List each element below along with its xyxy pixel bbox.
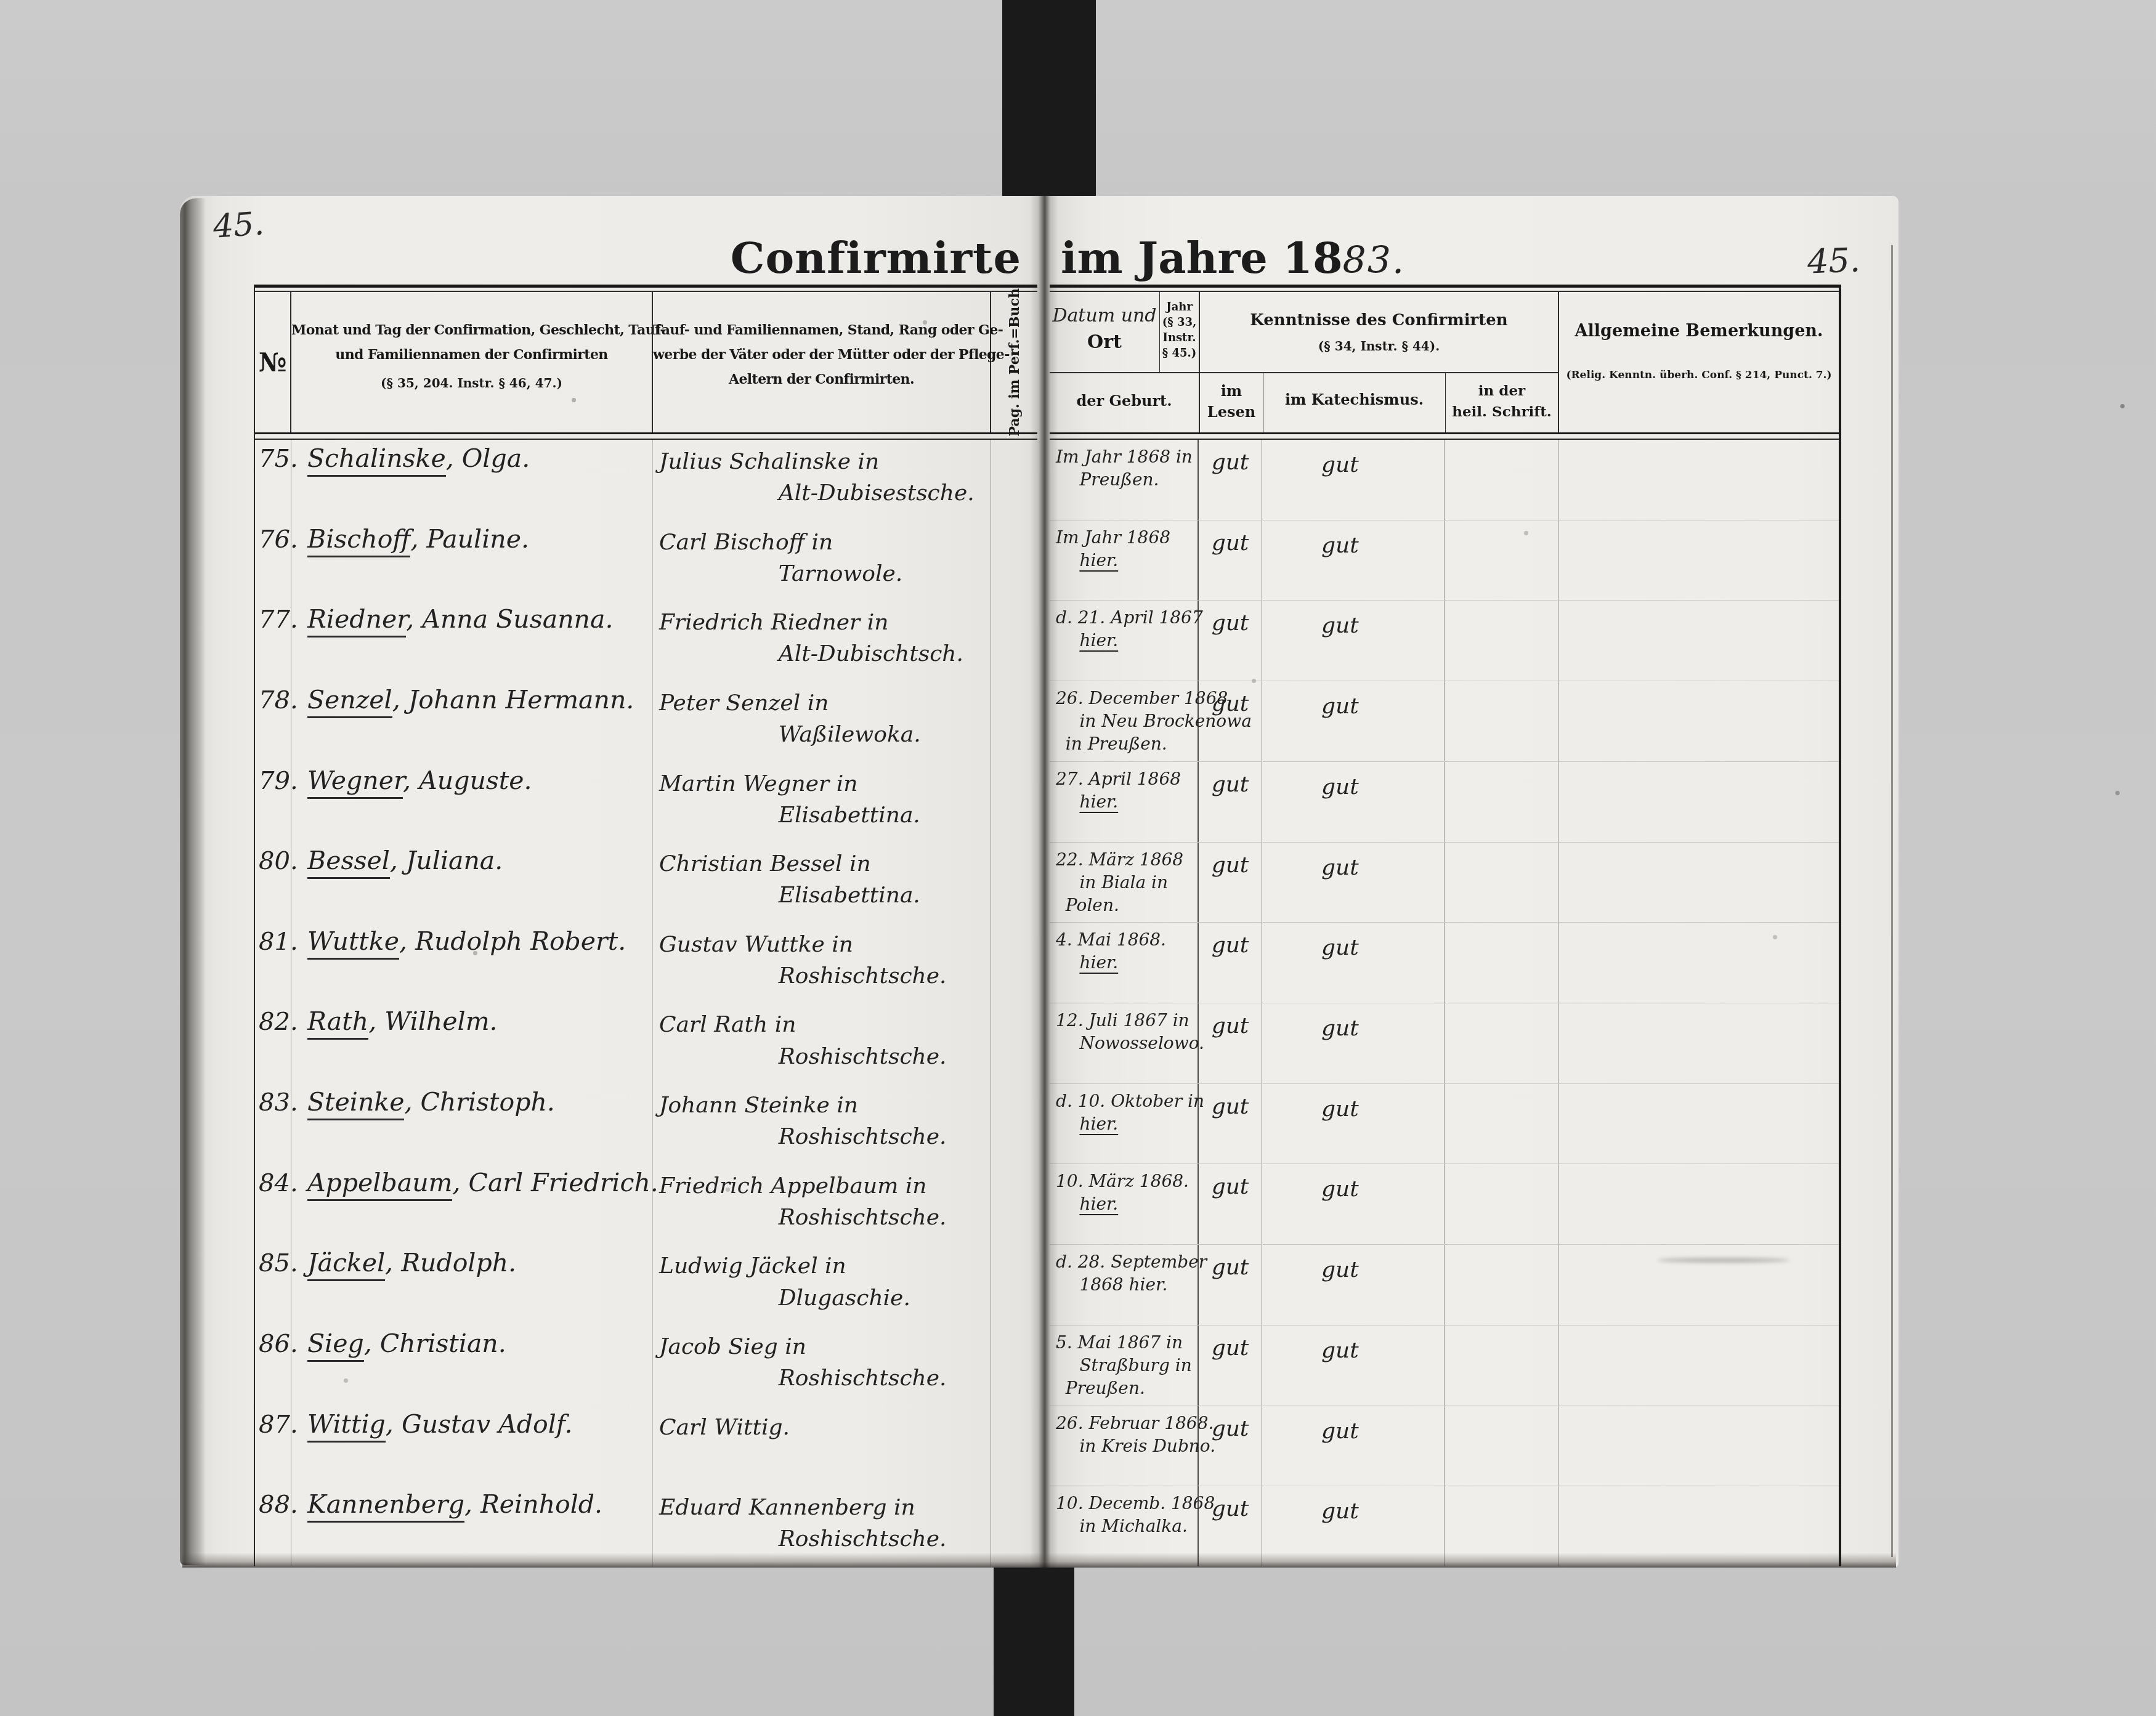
birth-line: Im Jahr 1868 <box>1056 527 1195 549</box>
birth-entry: Im Jahr 1868hier. <box>1050 520 1199 601</box>
birth-line: 10. März 1868. <box>1056 1170 1195 1193</box>
pag-cell <box>991 1486 1037 1566</box>
confirmand-given-names: , Johann Hermann. <box>392 685 634 714</box>
birth-line: 26. December 1868 <box>1056 687 1195 710</box>
confirmand-name: Riedner, Anna Susanna. <box>291 601 653 681</box>
parent-entry: Ludwig Jäckel inDlugaschie. <box>653 1244 991 1325</box>
table-row: 76.Bischoff, Pauline.Carl Bischoff inTar… <box>255 520 1037 601</box>
parent-line: Roshischtsche. <box>659 960 991 992</box>
bemerkung-cell <box>1558 1245 1839 1325</box>
bemerkung-cell <box>1558 1325 1839 1406</box>
title-printed: im Jahre 18 <box>1061 232 1343 283</box>
header-tier1: Kenntnisse des Confirmirten (§ 34, Instr… <box>1200 292 1558 373</box>
pag-cell <box>991 440 1037 520</box>
table-row: 10. März 1868.hier.gutgut <box>1050 1164 1839 1245</box>
row-number: 83. <box>255 1083 291 1164</box>
pag-cell <box>991 923 1037 1003</box>
row-number: 82. <box>255 1003 291 1083</box>
header-tier2: im Lesen im Katechismus. in der heil. Sc… <box>1200 373 1558 432</box>
confirmand-given-names: , Rudolph Robert. <box>399 926 626 956</box>
table-row: 85.Jäckel, Rudolph.Ludwig Jäckel inDluga… <box>255 1244 1037 1325</box>
pencil-smudge <box>1657 1258 1789 1263</box>
birth-line: hier. <box>1056 549 1195 572</box>
birth-line: in Neu Brockenowa <box>1056 710 1195 733</box>
header-heil-schrift: in der heil. Schrift. <box>1446 373 1558 432</box>
lesen-grade: gut <box>1199 1245 1262 1325</box>
header-line: Jahr <box>1160 299 1199 315</box>
row-number: 85. <box>255 1244 291 1325</box>
table-row: 83.Steinke, Christoph.Johann Steinke inR… <box>255 1083 1037 1164</box>
parent-line: Roshischtsche. <box>659 1362 991 1394</box>
confirmand-surname: Sieg <box>307 1329 364 1362</box>
confirmand-given-names: , Juliana. <box>390 846 503 875</box>
bemerkung-cell <box>1558 1164 1839 1244</box>
parent-line: Martin Wegner in <box>659 768 991 799</box>
birth-line: in Preußen. <box>1056 733 1195 756</box>
header-im-lesen: im Lesen <box>1200 373 1263 432</box>
binding-strap-top <box>1002 0 1096 197</box>
row-number: 80. <box>255 842 291 923</box>
row-number: 86. <box>255 1325 291 1406</box>
confirmand-surname: Wittig <box>307 1409 386 1443</box>
katechismus-grade: gut <box>1262 843 1445 923</box>
birth-line: 26. Februar 1868. <box>1056 1412 1195 1435</box>
birth-line: d. 28. September <box>1056 1251 1195 1274</box>
lesen-grade: gut <box>1199 601 1262 681</box>
lesen-grade: gut <box>1199 762 1262 842</box>
header-line: heil. Schrift. <box>1446 402 1558 423</box>
confirmand-given-names: , Olga. <box>446 443 530 473</box>
confirmand-surname: Riedner <box>307 604 406 637</box>
parent-line: Gustav Wuttke in <box>659 929 991 960</box>
header-tier1: Datum und Ort Jahr (§ 33, Instr. § 45.) <box>1050 292 1199 373</box>
birth-entry: 27. April 1868hier. <box>1050 762 1199 842</box>
parent-entry: Friedrich Appelbaum inRoshischtsche. <box>653 1164 991 1245</box>
table-row: 82.Rath, Wilhelm.Carl Rath inRoshischtsc… <box>255 1003 1037 1083</box>
birth-line: hier. <box>1056 629 1195 652</box>
bemerkung-cell <box>1558 1003 1839 1083</box>
header-geburt-column: Datum und Ort Jahr (§ 33, Instr. § 45.) … <box>1050 292 1200 432</box>
schrift-cell <box>1445 1245 1558 1325</box>
schrift-cell <box>1445 1084 1558 1164</box>
header-jahr: Jahr (§ 33, Instr. § 45.) <box>1160 292 1199 372</box>
right-table: Datum und Ort Jahr (§ 33, Instr. § 45.) … <box>1050 285 1841 1566</box>
header-line: Kenntnisse des Confirmirten <box>1200 308 1558 333</box>
birth-line: d. 10. Oktober in <box>1056 1090 1195 1113</box>
birth-entry: d. 10. Oktober inhier. <box>1050 1084 1199 1164</box>
birth-line: 5. Mai 1867 in <box>1056 1332 1195 1354</box>
birth-entry: 4. Mai 1868.hier. <box>1050 923 1199 1003</box>
table-row: Im Jahr 1868 inPreußen.gutgut <box>1050 440 1839 520</box>
confirmand-name: Appelbaum, Carl Friedrich. <box>291 1164 653 1245</box>
lesen-grade: gut <box>1199 440 1262 520</box>
page-number-right: 45. <box>1807 241 1861 281</box>
table-row: 84.Appelbaum, Carl Friedrich.Friedrich A… <box>255 1164 1037 1245</box>
katechismus-grade: gut <box>1262 923 1445 1003</box>
katechismus-grade: gut <box>1262 1084 1445 1164</box>
parent-entry: Carl Bischoff inTarnowole. <box>653 520 991 601</box>
katechismus-grade: gut <box>1262 1164 1445 1244</box>
header-im-katechismus: im Katechismus. <box>1263 373 1446 432</box>
parent-line: Dlugaschie. <box>659 1282 991 1314</box>
table-row: 80.Bessel, Juliana.Christian Bessel inEl… <box>255 842 1037 923</box>
table-top-rule <box>255 285 1037 292</box>
header-line: (§ 33, <box>1160 315 1199 330</box>
page-number-left: 45. <box>212 205 265 246</box>
parent-line: Roshischtsche. <box>659 1523 991 1555</box>
header-line: (Relig. Kenntn. überh. Conf. § 214, Punc… <box>1559 366 1839 384</box>
lesen-grade: gut <box>1199 1325 1262 1406</box>
header-line: und Familiennamen der Confirmirten <box>291 342 652 367</box>
katechismus-grade: gut <box>1262 440 1445 520</box>
confirmand-surname: Bischoff <box>307 524 410 557</box>
pag-cell <box>991 1325 1037 1406</box>
birth-entry: 22. März 1868in Biala inPolen. <box>1050 843 1199 923</box>
katechismus-grade: gut <box>1262 681 1445 761</box>
birth-line: 22. März 1868 <box>1056 849 1195 872</box>
bemerkung-cell <box>1558 1406 1839 1486</box>
table-row: 5. Mai 1867 inStraßburg inPreußen.gutgut <box>1050 1325 1839 1406</box>
katechismus-grade: gut <box>1262 1245 1445 1325</box>
header-line: (§ 35, 204. Instr. § 46, 47.) <box>291 367 652 399</box>
parent-entry: Martin Wegner inElisabettina. <box>653 762 991 843</box>
table-row: 79.Wegner, Auguste.Martin Wegner inElisa… <box>255 762 1037 843</box>
birth-line: Preußen. <box>1056 1377 1195 1400</box>
pag-cell <box>991 1164 1037 1245</box>
confirmand-surname: Bessel <box>307 846 390 879</box>
schrift-cell <box>1445 1003 1558 1083</box>
bemerkung-cell <box>1558 843 1839 923</box>
header-line: § 45.) <box>1160 346 1199 361</box>
confirmand-surname: Appelbaum <box>307 1168 452 1201</box>
confirmand-name: Sieg, Christian. <box>291 1325 653 1406</box>
header-line: im <box>1200 381 1263 402</box>
birth-line: 12. Juli 1867 in <box>1056 1010 1195 1032</box>
confirmand-given-names: , Gustav Adolf. <box>386 1409 573 1439</box>
bemerkung-cell <box>1558 601 1839 681</box>
header-bemerkungen-column: Allgemeine Bemerkungen. (Relig. Kenntn. … <box>1559 292 1839 432</box>
birth-entry: 12. Juli 1867 inNowosselowo. <box>1050 1003 1199 1083</box>
confirmand-surname: Steinke <box>307 1087 404 1120</box>
parent-line: Elisabettina. <box>659 799 991 831</box>
header-pag-vertical-text: Pag. im Perf.=Buch <box>1007 288 1023 437</box>
right-page-edge-line <box>1891 245 1893 1557</box>
row-number: 81. <box>255 923 291 1003</box>
katechismus-grade: gut <box>1262 1406 1445 1486</box>
birth-entry: d. 28. September1868 hier. <box>1050 1245 1199 1325</box>
parent-line: Tarnowole. <box>659 558 991 589</box>
row-number: 84. <box>255 1164 291 1245</box>
parent-line: Carl Wittig. <box>659 1412 991 1443</box>
katechismus-grade: gut <box>1262 1325 1445 1406</box>
parent-line: Carl Bischoff in <box>659 527 991 558</box>
parent-entry: Eduard Kannenberg inRoshischtsche. <box>653 1486 991 1566</box>
header-ort: Ort <box>1050 326 1159 358</box>
birth-line: hier. <box>1056 1113 1195 1136</box>
parent-entry: Johann Steinke inRoshischtsche. <box>653 1083 991 1164</box>
parent-line: Ludwig Jäckel in <box>659 1250 991 1282</box>
birth-entry: Im Jahr 1868 inPreußen. <box>1050 440 1199 520</box>
parent-line: Peter Senzel in <box>659 687 991 719</box>
katechismus-grade: gut <box>1262 601 1445 681</box>
row-number: 75. <box>255 440 291 520</box>
birth-line: in Kreis Dubno. <box>1056 1435 1195 1458</box>
pag-cell <box>991 520 1037 601</box>
parent-entry: Carl Wittig. <box>653 1406 991 1486</box>
birth-line: 10. Decemb. 1868 <box>1056 1492 1195 1515</box>
confirmand-name: Wegner, Auguste. <box>291 762 653 843</box>
schrift-cell <box>1445 601 1558 681</box>
header-line: in der <box>1446 381 1558 402</box>
confirmand-given-names: , Rudolph. <box>385 1248 516 1277</box>
header-parents-column: Tauf- und Familiennamen, Stand, Rang ode… <box>653 292 991 432</box>
confirmand-surname: Jäckel <box>307 1248 385 1281</box>
birth-line: Im Jahr 1868 in <box>1056 446 1195 469</box>
scan-specks <box>0 0 2 2</box>
header-line: Instr. <box>1160 330 1199 346</box>
bemerkung-cell <box>1558 1084 1839 1164</box>
bemerkung-cell <box>1558 440 1839 520</box>
header-line: Monat und Tag der Confirmation, Geschlec… <box>291 318 652 342</box>
birth-entry: 5. Mai 1867 inStraßburg inPreußen. <box>1050 1325 1199 1406</box>
scanned-register-page: 45. 45. Confirmirte im Jahre 1883. № Mon… <box>0 0 2156 1716</box>
table-row: 88.Kannenberg, Reinhold.Eduard Kannenber… <box>255 1486 1037 1566</box>
header-no: № <box>255 292 291 432</box>
header-line: Aeltern der Confirmirten. <box>653 367 990 392</box>
table-row: Im Jahr 1868hier.gutgut <box>1050 520 1839 601</box>
table-row: d. 28. September1868 hier.gutgut <box>1050 1245 1839 1325</box>
header-der-geburt: der Geburt. <box>1050 373 1199 432</box>
table-row: 12. Juli 1867 inNowosselowo.gutgut <box>1050 1003 1839 1084</box>
parent-line: Carl Rath in <box>659 1009 991 1040</box>
header-line: werbe der Väter oder der Mütter oder der… <box>653 342 990 367</box>
parent-entry: Julius Schalinske inAlt-Dubisestsche. <box>653 440 991 520</box>
parent-entry: Carl Rath inRoshischtsche. <box>653 1003 991 1083</box>
table-row: 4. Mai 1868.hier.gutgut <box>1050 923 1839 1003</box>
schrift-cell <box>1445 681 1558 761</box>
birth-line: in Biala in <box>1056 872 1195 894</box>
table-top-rule <box>1050 285 1839 292</box>
birth-line: d. 21. April 1867 <box>1056 607 1195 629</box>
birth-line: hier. <box>1056 1193 1195 1216</box>
lesen-grade: gut <box>1199 681 1262 761</box>
header-confirmation-column: Monat und Tag der Confirmation, Geschlec… <box>291 292 653 432</box>
parent-line: Alt-Dubischtsch. <box>659 638 991 670</box>
table-row: 10. Decemb. 1868in Michalka.gutgut <box>1050 1486 1839 1566</box>
parent-entry: Gustav Wuttke inRoshischtsche. <box>653 923 991 1003</box>
table-row: 86.Sieg, Christian.Jacob Sieg inRoshisch… <box>255 1325 1037 1406</box>
parent-line: Christian Bessel in <box>659 848 991 880</box>
parent-line: Eduard Kannenberg in <box>659 1492 991 1523</box>
lesen-grade: gut <box>1199 843 1262 923</box>
birth-entry: d. 21. April 1867hier. <box>1050 601 1199 681</box>
parent-entry: Peter Senzel inWaßilewoka. <box>653 681 991 762</box>
table-row: d. 21. April 1867hier.gutgut <box>1050 601 1839 681</box>
table-row: 26. Februar 1868.in Kreis Dubno.gutgut <box>1050 1406 1839 1487</box>
birth-line: hier. <box>1056 952 1195 974</box>
confirmand-given-names: , Carl Friedrich. <box>452 1168 658 1197</box>
birth-entry: 26. December 1868in Neu Brockenowain Pre… <box>1050 681 1199 761</box>
confirmand-name: Senzel, Johann Hermann. <box>291 681 653 762</box>
schrift-cell <box>1445 923 1558 1003</box>
confirmand-name: Jäckel, Rudolph. <box>291 1244 653 1325</box>
schrift-cell <box>1445 843 1558 923</box>
header-bottom-rule <box>255 432 1037 440</box>
parent-entry: Christian Bessel inElisabettina. <box>653 842 991 923</box>
row-number: 77. <box>255 601 291 681</box>
header-pag-column: Pag. im Perf.=Buch <box>991 292 1037 432</box>
confirmand-surname: Senzel <box>307 685 392 718</box>
header-datum-handwritten: Datum und <box>1050 306 1159 326</box>
pag-cell <box>991 842 1037 923</box>
lesen-grade: gut <box>1199 923 1262 1003</box>
row-number: 88. <box>255 1486 291 1566</box>
row-number: 79. <box>255 762 291 843</box>
confirmand-surname: Schalinske <box>307 443 446 477</box>
pag-cell <box>991 681 1037 762</box>
schrift-cell <box>1445 440 1558 520</box>
header-line: (§ 34, Instr. § 44). <box>1200 333 1558 360</box>
parent-line: Roshischtsche. <box>659 1041 991 1072</box>
bemerkung-cell <box>1558 923 1839 1003</box>
confirmand-name: Kannenberg, Reinhold. <box>291 1486 653 1566</box>
birth-line: Nowosselowo. <box>1056 1032 1195 1055</box>
birth-line: Polen. <box>1056 894 1195 917</box>
birth-line: 1868 hier. <box>1056 1274 1195 1297</box>
header-tier2: der Geburt. <box>1050 373 1199 432</box>
parent-line: Roshischtsche. <box>659 1121 991 1152</box>
parent-line: Elisabettina. <box>659 880 991 911</box>
katechismus-grade: gut <box>1262 1003 1445 1083</box>
confirmand-given-names: , Christian. <box>364 1329 506 1358</box>
confirmand-name: Steinke, Christoph. <box>291 1083 653 1164</box>
confirmand-name: Schalinske, Olga. <box>291 440 653 520</box>
right-table-body: Im Jahr 1868 inPreußen.gutgutIm Jahr 186… <box>1050 440 1839 1566</box>
birth-line: in Michalka. <box>1056 1515 1195 1538</box>
right-table-header: Datum und Ort Jahr (§ 33, Instr. § 45.) … <box>1050 292 1839 432</box>
birth-line: Preußen. <box>1056 469 1195 492</box>
header-line: Allgemeine Bemerkungen. <box>1559 319 1839 344</box>
schrift-cell <box>1445 1406 1558 1486</box>
left-table-header: № Monat und Tag der Confirmation, Geschl… <box>255 292 1037 432</box>
katechismus-grade: gut <box>1262 762 1445 842</box>
pag-cell <box>991 1003 1037 1083</box>
row-number: 87. <box>255 1406 291 1486</box>
schrift-cell <box>1445 762 1558 842</box>
table-row: 22. März 1868in Biala inPolen.gutgut <box>1050 843 1839 923</box>
parent-line: Friedrich Appelbaum in <box>659 1170 991 1202</box>
bemerkung-cell <box>1558 1486 1839 1566</box>
schrift-cell <box>1445 520 1558 601</box>
table-row: 87.Wittig, Gustav Adolf.Carl Wittig. <box>255 1406 1037 1486</box>
page-stack-edge <box>180 198 206 1565</box>
table-row: 81.Wuttke, Rudolph Robert.Gustav Wuttke … <box>255 923 1037 1003</box>
table-row: d. 10. Oktober inhier.gutgut <box>1050 1084 1839 1165</box>
confirmand-given-names: , Christoph. <box>404 1087 554 1117</box>
parent-line: Waßilewoka. <box>659 719 991 750</box>
page-title-right: im Jahre 1883. <box>1061 234 1405 285</box>
schrift-cell <box>1445 1486 1558 1566</box>
header-line: Tauf- und Familiennamen, Stand, Rang ode… <box>653 318 990 342</box>
pag-cell <box>991 601 1037 681</box>
schrift-cell <box>1445 1325 1558 1406</box>
confirmand-given-names: , Anna Susanna. <box>406 604 613 634</box>
birth-entry: 10. März 1868.hier. <box>1050 1164 1199 1244</box>
confirmand-given-names: , Wilhelm. <box>368 1006 497 1036</box>
lesen-grade: gut <box>1199 1084 1262 1164</box>
birth-line: 4. Mai 1868. <box>1056 929 1195 952</box>
pag-cell <box>991 1083 1037 1164</box>
table-row: 27. April 1868hier.gutgut <box>1050 762 1839 843</box>
bemerkung-cell <box>1558 762 1839 842</box>
binding-strap-bottom <box>994 1566 1074 1716</box>
birth-line: hier. <box>1056 791 1195 814</box>
parent-line: Friedrich Riedner in <box>659 607 991 638</box>
confirmand-surname: Rath <box>307 1006 368 1040</box>
left-table: № Monat und Tag der Confirmation, Geschl… <box>254 285 1037 1566</box>
schrift-cell <box>1445 1164 1558 1244</box>
lesen-grade: gut <box>1199 1164 1262 1244</box>
table-row: 77.Riedner, Anna Susanna.Friedrich Riedn… <box>255 601 1037 681</box>
confirmand-given-names: , Pauline. <box>410 524 529 554</box>
parent-line: Julius Schalinske in <box>659 446 991 477</box>
birth-line: 27. April 1868 <box>1056 768 1195 791</box>
pag-cell <box>991 762 1037 843</box>
lesen-grade: gut <box>1199 1406 1262 1486</box>
parent-entry: Friedrich Riedner inAlt-Dubischtsch. <box>653 601 991 681</box>
row-number: 78. <box>255 681 291 762</box>
confirmand-surname: Wuttke <box>307 926 399 960</box>
confirmand-name: Bessel, Juliana. <box>291 842 653 923</box>
header-kenntnisse-column: Kenntnisse des Confirmirten (§ 34, Instr… <box>1200 292 1559 432</box>
row-number: 76. <box>255 520 291 601</box>
confirmand-name: Wittig, Gustav Adolf. <box>291 1406 653 1486</box>
header-line: Lesen <box>1200 402 1263 423</box>
confirmand-name: Wuttke, Rudolph Robert. <box>291 923 653 1003</box>
lesen-grade: gut <box>1199 520 1262 601</box>
header-bottom-rule <box>1050 432 1839 440</box>
katechismus-grade: gut <box>1262 1486 1445 1566</box>
katechismus-grade: gut <box>1262 520 1445 601</box>
pag-cell <box>991 1244 1037 1325</box>
parent-entry: Jacob Sieg inRoshischtsche. <box>653 1325 991 1406</box>
bemerkung-cell <box>1558 681 1839 761</box>
confirmand-name: Rath, Wilhelm. <box>291 1003 653 1083</box>
birth-line: Straßburg in <box>1056 1354 1195 1377</box>
header-datum-ort: Datum und Ort <box>1050 292 1160 372</box>
bemerkung-cell <box>1558 520 1839 601</box>
lesen-grade: gut <box>1199 1486 1262 1566</box>
pag-cell <box>991 1406 1037 1486</box>
title-year-handwritten: 83. <box>1343 239 1405 282</box>
confirmand-surname: Wegner <box>307 766 403 799</box>
confirmand-name: Bischoff, Pauline. <box>291 520 653 601</box>
parent-line: Jacob Sieg in <box>659 1331 991 1362</box>
table-row: 75.Schalinske, Olga.Julius Schalinske in… <box>255 440 1037 520</box>
table-row: 26. December 1868in Neu Brockenowain Pre… <box>1050 681 1839 762</box>
parent-line: Johann Steinke in <box>659 1090 991 1121</box>
lesen-grade: gut <box>1199 1003 1262 1083</box>
header-kenntnisse: Kenntnisse des Confirmirten (§ 34, Instr… <box>1200 292 1558 372</box>
page-title-left: Confirmirte <box>678 234 1021 282</box>
table-row: 78.Senzel, Johann Hermann.Peter Senzel i… <box>255 681 1037 762</box>
parent-line: Alt-Dubisestsche. <box>659 477 991 509</box>
parent-line: Roshischtsche. <box>659 1202 991 1233</box>
confirmand-surname: Kannenberg <box>307 1489 464 1523</box>
left-table-body: 75.Schalinske, Olga.Julius Schalinske in… <box>255 440 1037 1566</box>
birth-entry: 26. Februar 1868.in Kreis Dubno. <box>1050 1406 1199 1486</box>
confirmand-given-names: , Auguste. <box>403 766 532 795</box>
